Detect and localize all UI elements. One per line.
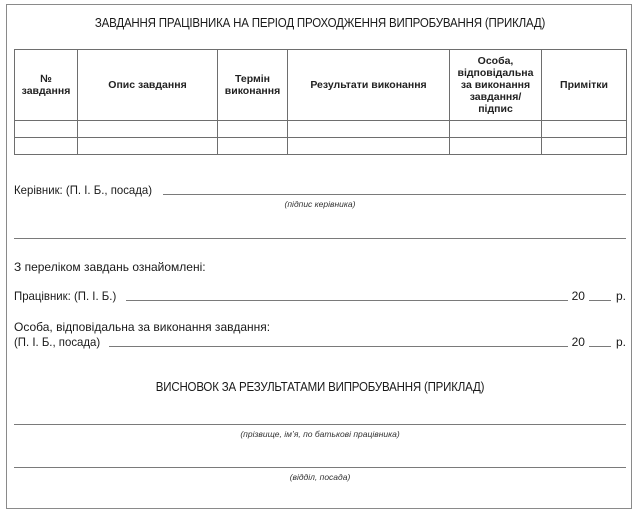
header-deadline: Термін виконання — [218, 50, 288, 121]
table-cell[interactable] — [288, 138, 450, 155]
table-cell[interactable] — [450, 121, 542, 138]
table-cell[interactable] — [15, 138, 78, 155]
employee-year-prefix: 20 — [568, 289, 589, 303]
employee-year-blank[interactable] — [589, 300, 611, 301]
table-cell[interactable] — [218, 121, 288, 138]
table-cell[interactable] — [15, 121, 78, 138]
acknowledged-text: З переліком завдань ознайомлені: — [14, 260, 206, 274]
header-results: Результати виконання — [288, 50, 450, 121]
manager-field: Керівник: (П. І. Б., посада) — [14, 183, 626, 197]
employee-field: Працівник: (П. І. Б.) 20 р. — [14, 289, 626, 303]
table-row — [15, 138, 627, 155]
tasks-table: № завдання Опис завдання Термін виконанн… — [14, 49, 627, 155]
employee-name-caption: (прізвище, ім’я, по батькові працівника) — [0, 429, 640, 439]
responsible-label-line2: (П. І. Б., посада) — [14, 335, 104, 349]
responsible-year-prefix: 20 — [568, 335, 589, 349]
responsible-label-line1: Особа, відповідальна за виконання завдан… — [14, 320, 270, 334]
employee-label: Працівник: (П. І. Б.) — [14, 289, 120, 303]
header-task-number: № завдання — [15, 50, 78, 121]
table-cell[interactable] — [450, 138, 542, 155]
department-position-line[interactable] — [14, 467, 626, 468]
form-title: ЗАВДАННЯ ПРАЦІВНИКА НА ПЕРІОД ПРОХОДЖЕНН… — [26, 16, 615, 30]
table-row — [15, 121, 627, 138]
responsible-year-blank[interactable] — [589, 346, 611, 347]
header-responsible-person: Особа, відповідальна за виконання завдан… — [450, 50, 542, 121]
employee-name-line[interactable] — [14, 424, 626, 425]
employee-year-suffix: р. — [611, 289, 626, 303]
table-cell[interactable] — [78, 138, 218, 155]
conclusion-title: ВИСНОВОК ЗА РЕЗУЛЬТАТАМИ ВИПРОБУВАННЯ (П… — [26, 380, 615, 394]
manager-signature-line[interactable] — [163, 193, 626, 195]
employee-signature-line[interactable] — [126, 299, 568, 301]
table-header-row: № завдання Опис завдання Термін виконанн… — [15, 50, 627, 121]
responsible-signature-line[interactable] — [109, 345, 568, 347]
table-cell[interactable] — [218, 138, 288, 155]
header-task-description: Опис завдання — [78, 50, 218, 121]
table-cell[interactable] — [542, 138, 627, 155]
table-cell[interactable] — [78, 121, 218, 138]
manager-extra-line[interactable] — [14, 238, 626, 239]
table-cell[interactable] — [542, 121, 627, 138]
header-notes: Примітки — [542, 50, 627, 121]
table-cell[interactable] — [288, 121, 450, 138]
manager-label: Керівник: (П. І. Б., посада) — [14, 183, 156, 197]
responsible-year-suffix: р. — [611, 335, 626, 349]
department-position-caption: (відділ, посада) — [0, 472, 640, 482]
responsible-field: (П. І. Б., посада) 20 р. — [14, 335, 626, 349]
manager-signature-caption: (підпис керівника) — [0, 199, 640, 209]
